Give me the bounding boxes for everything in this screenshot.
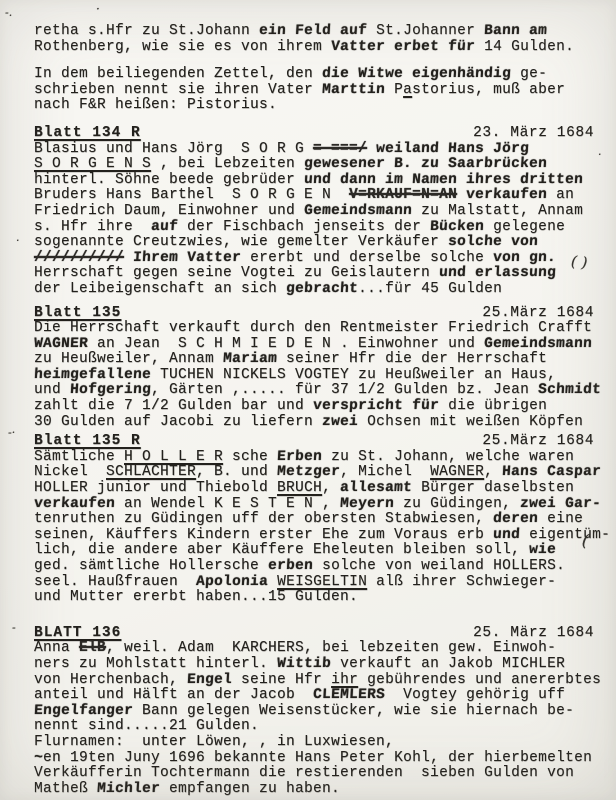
text-segment: Bürger daselbsten	[412, 480, 574, 496]
handwritten-mark: -.	[5, 6, 12, 19]
text-segment: storius, muß aber	[412, 82, 565, 98]
handwritten-mark: ·	[96, 2, 100, 16]
text-segment: an Wendel K E S T E N ,	[115, 496, 340, 512]
text-segment: nach F&R heißen: Pistorius.	[34, 97, 277, 113]
text-segment: ,	[484, 464, 502, 480]
text-segment: zwei	[322, 415, 359, 431]
handwritten-mark: -·	[8, 426, 15, 439]
text-line: lich, die andere aber Käuffere Eheleuten…	[34, 543, 600, 559]
text-segment: gelegene	[484, 219, 565, 235]
text-line: und Mutter ererbt haben...15 Gulden.	[34, 590, 600, 606]
text-segment: seel. Haußfrauen	[34, 574, 196, 590]
text-segment: ein Feld auf	[259, 24, 368, 40]
entry-title: Blatt 135	[34, 306, 121, 322]
entry-title: Blatt 135 R	[34, 434, 141, 450]
text-segment: gebracht	[286, 282, 359, 298]
text-line: WAGNER an Jean S C H M I E D E N . Einwo…	[34, 337, 600, 353]
scanned-document-page: retha s.Hfr zu St.Johann ein Feld auf St…	[0, 0, 616, 800]
text-segment: , Gärten ,..... für 37 1/2 Gulden bz. Je…	[151, 382, 538, 398]
text-segment: eigentüm-	[520, 527, 610, 543]
text-line: der Leibeigenschaft an sich gebracht...f…	[34, 282, 600, 298]
text-segment: Nickel	[34, 464, 106, 480]
text-line: Die Herrschaft verkauft durch den Rentme…	[34, 321, 600, 337]
text-segment: Meyern	[340, 497, 395, 513]
text-segment: Bann am	[484, 24, 548, 40]
text-line: nennt sind.....21 Gulden.	[34, 719, 600, 735]
text-segment: Metzger	[277, 465, 341, 481]
text-segment: Hans Caspar	[502, 465, 602, 481]
text-line: In dem beiliegenden Zettel, den die Witw…	[34, 67, 600, 83]
text-line: Herrschaft gegen seine Vogtei zu Geislau…	[34, 266, 600, 282]
text-segment: wie	[529, 543, 557, 559]
text-segment: verkaufen	[466, 188, 548, 204]
text-segment: Gemeindsmann	[484, 337, 593, 353]
text-segment: die Witwe eigenhändig	[322, 67, 512, 83]
text-segment: zwei Gar-	[520, 497, 602, 513]
text-segment: P	[385, 82, 403, 98]
text-line: anteil und Hälft an der Jacob CLEMLERS V…	[34, 688, 600, 704]
text-segment: Vogtey gehörig uff	[385, 687, 565, 703]
text-segment: zu Malstatt, Annam	[412, 203, 583, 219]
text-segment: Michler	[97, 782, 161, 798]
text-segment: deren	[493, 512, 539, 528]
text-segment: Engelfanger	[34, 704, 134, 720]
text-segment: Gemeindsmann	[304, 204, 413, 220]
text-segment: St.Johanner	[367, 23, 484, 39]
record-entry: Blatt 13525.März 1684Die Herrschaft verk…	[34, 306, 600, 431]
text-line: von Herchenbach, Engel seine Hfr ihr geb…	[34, 673, 600, 689]
text-segment: ihr	[331, 672, 358, 688]
text-segment: anteil und Hälft an der Jacob	[34, 687, 313, 703]
text-segment: In dem beiliegenden Zettel, den	[34, 66, 322, 82]
text-segment: empfangen zu haben.	[160, 781, 340, 797]
text-segment: und	[34, 382, 70, 398]
text-segment: und Mutter ererbt haben...15 Gulden.	[34, 589, 358, 605]
text-line: ged. sämtliche Hollersche erben solche v…	[34, 559, 600, 575]
text-segment: schrieben nennt sie ihren Vater	[34, 82, 322, 98]
text-line: Matheß Michler empfangen zu haben.	[34, 782, 600, 798]
text-segment: ,	[322, 480, 340, 496]
text-segment: gebührendes und anererbtes	[358, 672, 601, 688]
text-segment: erben	[268, 559, 314, 575]
text-segment: Schmidt	[538, 383, 602, 399]
text-line: Friedrich Daum, Einwohner und Gemeindsma…	[34, 204, 600, 220]
text-segment: solche von	[448, 235, 539, 251]
text-line: seel. Haußfrauen Apolonia WEISGELTIN alß…	[34, 575, 600, 591]
text-segment: , weil. Adam KARCHERS, bei lebzeiten gew…	[106, 640, 556, 656]
text-line: Blasius und Hans Jörg S O R G = ===/ wei…	[34, 142, 600, 158]
entry-date: 25.März 1684	[482, 434, 594, 450]
entry-title: Blatt 134 R	[34, 126, 141, 142]
text-segment: Bruders Hans Barthel S O R G E N	[34, 187, 349, 203]
text-line: Anna ElB, weil. Adam KARCHERS, bei lebze…	[34, 641, 600, 657]
text-line: nach F&R heißen: Pistorius.	[34, 98, 600, 114]
text-segment: verkaufen	[34, 497, 116, 513]
text-line: zahlt die 7 1/2 Gulden bar und versprich…	[34, 399, 600, 415]
text-segment: Sämtliche	[34, 449, 124, 465]
text-segment: S O R G E N S	[34, 156, 151, 172]
text-segment: Matheß	[34, 781, 97, 797]
text-segment: Herrschaft gegen seine Vogtei zu Geislau…	[34, 265, 439, 281]
text-segment: ged. sämtliche Hollersche	[34, 558, 268, 574]
text-segment: eine	[538, 511, 583, 527]
text-segment: Rothenberg, wie sie es von ihrem	[34, 39, 331, 55]
text-segment: zu St. Johann, welche waren	[322, 449, 574, 465]
text-segment: TUCHEN NICKELS VOGTEY zu Heußweiler an H…	[151, 367, 556, 383]
text-segment: verkauft an Jakob MICHLER	[331, 656, 565, 672]
text-segment: HOLLER junior und Thiebold	[34, 480, 277, 496]
text-segment: Flurnamen: unter Löwen, , in Luxwiesen,	[34, 734, 394, 750]
text-segment: Die Herrschaft verkauft durch den Rentme…	[34, 320, 592, 336]
text-line: ////////// Ihrem Vatter ererbt und derse…	[34, 251, 600, 267]
text-line: sogenannte Creutzwies, wie gemelter Verk…	[34, 235, 600, 251]
text-segment: nennt sind.....21 Gulden.	[34, 718, 259, 734]
entry-header-row: Blatt 13525.März 1684	[34, 306, 600, 322]
paragraph: In dem beiliegenden Zettel, den die Witw…	[34, 67, 600, 114]
text-segment: Ihrem Vatter	[133, 251, 242, 267]
text-segment: an Jean S C H M I E D E N . Einwohner un…	[88, 336, 484, 352]
text-segment: ElB	[79, 640, 106, 656]
text-line: Verkäufferin Tochtermann die restierende…	[34, 766, 600, 782]
text-segment: WEISGELTIN	[277, 574, 367, 590]
text-line: retha s.Hfr zu St.Johann ein Feld auf St…	[34, 24, 600, 40]
text-segment: H O L L E R	[124, 449, 223, 465]
text-line: zu Heußweiler, Annam Mariam seiner Hfr d…	[34, 352, 600, 368]
text-line: tenruthen zu Güdingen uff der obersten S…	[34, 512, 600, 528]
text-segment: SCHLACHTER	[106, 464, 196, 480]
text-segment: WAGNER	[34, 337, 89, 353]
text-segment: von gn.	[493, 251, 557, 267]
text-segment: Ochsen mit weißen Köpfen	[358, 414, 583, 430]
text-segment: 14 Gulden.	[475, 39, 574, 55]
text-segment: Wittib	[277, 657, 332, 673]
text-segment: alß ihrer Schwieger-	[367, 574, 556, 590]
text-line: Rothenberg, wie sie es von ihrem Vatter …	[34, 40, 600, 56]
text-segment: sche	[223, 449, 277, 465]
text-line: S O R G E N S , bei Lebzeiten gewesener …	[34, 157, 600, 173]
text-segment: der Fischbach jenseits der	[178, 219, 430, 235]
text-segment: Bücken	[430, 220, 485, 236]
text-line: Engelfanger Bann gelegen Weisenstücker, …	[34, 704, 600, 720]
text-segment: auf	[151, 220, 179, 236]
text-segment: en 19ten Juny 1696 bekannte Hans Peter K…	[43, 750, 592, 766]
text-line: ners zu Mohlstatt hinterl. Wittib verkau…	[34, 657, 600, 673]
text-segment: ererbt und derselbe solche	[241, 250, 493, 266]
text-segment: seinen, Käuffers Kindern erster Ehe zum …	[34, 527, 493, 543]
text-segment: hinterl. Söhne beede gebrüder	[34, 172, 304, 188]
text-segment: verspricht für	[313, 399, 440, 415]
text-line: Nickel SCHLACHTER, B. und Metzger, Miche…	[34, 465, 600, 481]
text-segment: weiland Hans Jörg	[367, 142, 530, 158]
text-segment: Mariam	[223, 352, 278, 368]
text-segment: a	[403, 82, 412, 98]
text-segment: , Michel	[340, 464, 430, 480]
text-segment: V=RKAUF=N=AN	[349, 187, 457, 203]
text-line: Flurnamen: unter Löwen, , in Luxwiesen,	[34, 735, 600, 751]
text-segment: von Herchenbach,	[34, 672, 187, 688]
text-line: und Hofgering, Gärten ,..... für 37 1/2 …	[34, 383, 600, 399]
text-line: ~en 19ten Juny 1696 bekannte Hans Peter …	[34, 751, 600, 767]
text-segment: zahlt die 7 1/2 Gulden bar und	[34, 398, 313, 414]
text-segment: der Leibeigenschaft an sich	[34, 281, 286, 297]
record-entry: BLATT 13625. März 1684Anna ElB, weil. Ad…	[34, 626, 600, 798]
text-segment: Friedrich Daum, Einwohner und	[34, 203, 304, 219]
text-segment: und	[493, 528, 521, 544]
text-segment: solche von weiland HOLLERS.	[313, 558, 565, 574]
text-line: verkaufen an Wendel K E S T E N , Meyern…	[34, 497, 600, 513]
entry-date: 25.März 1684	[482, 306, 594, 322]
text-line: HOLLER junior und Thiebold BRUCH, allesa…	[34, 481, 600, 497]
text-segment: Blasius und Hans Jörg S O R G	[34, 141, 313, 157]
text-segment: Anna	[34, 640, 79, 656]
text-segment: Apolonia	[196, 575, 269, 591]
text-segment: sogenannte Creutzwies, wie gemelter Verk…	[34, 234, 448, 250]
document-text-column: retha s.Hfr zu St.Johann ein Feld auf St…	[34, 24, 600, 797]
text-segment: CLEMLERS	[313, 688, 386, 704]
text-segment: , bei Lebzeiten	[151, 156, 304, 172]
text-segment: allesamt	[340, 481, 413, 497]
text-segment: seiner Hfr die der Herrschaft	[277, 351, 547, 367]
record-entry: Blatt 135 R25.März 1684Sämtliche H O L L…	[34, 434, 600, 606]
text-segment: seine Hfr	[232, 672, 331, 688]
text-segment: retha s.Hfr zu St.Johann	[34, 23, 259, 39]
text-segment: ...für 45 Gulden	[358, 281, 502, 297]
record-entry: Blatt 134 R23. März 1684Blasius und Hans…	[34, 126, 600, 298]
text-segment: Marttin	[322, 83, 386, 99]
text-segment: ~	[34, 751, 44, 767]
entry-header-row: Blatt 135 R25.März 1684	[34, 434, 600, 450]
text-segment: BRUCH	[277, 480, 322, 496]
entry-date: 23. März 1684	[473, 126, 594, 142]
paragraph: retha s.Hfr zu St.Johann ein Feld auf St…	[34, 24, 600, 55]
text-line: s. Hfr ihre auf der Fischbach jenseits d…	[34, 220, 600, 236]
text-segment: Hofgering	[70, 383, 152, 399]
handwritten-mark: -	[12, 621, 16, 634]
text-segment: gewesener B. zu Saarbrücken	[304, 157, 548, 173]
text-segment: WAGNER	[430, 464, 484, 480]
text-segment: ge-	[511, 66, 547, 82]
text-segment: Bann gelegen Weisenstücker, wie sie hier…	[133, 703, 574, 719]
text-line: Bruders Hans Barthel S O R G E N V=RKAUF…	[34, 188, 600, 204]
text-segment: = ===/	[313, 141, 367, 157]
text-segment	[268, 574, 277, 590]
text-segment: an	[547, 187, 574, 203]
text-segment: Verkäufferin Tochtermann die restierende…	[34, 765, 574, 781]
text-segment: lich, die andere aber Käuffere Eheleuten…	[34, 542, 529, 558]
text-segment: Engel	[187, 673, 233, 689]
text-segment: //////////	[34, 250, 124, 266]
text-segment: s. Hfr ihre	[34, 219, 151, 235]
text-segment: und dann im Namen ihres dritten	[304, 173, 584, 189]
text-line: 30 Gulden auf Jacobi zu liefern zwei Och…	[34, 415, 600, 431]
handwritten-mark: ·	[16, 234, 20, 247]
text-segment: zu Güdingen,	[394, 496, 520, 512]
text-segment: 30 Gulden auf Jacobi zu liefern	[34, 414, 322, 430]
text-line: hinterl. Söhne beede gebrüder und dann i…	[34, 173, 600, 189]
text-segment: und erlassung	[439, 266, 557, 282]
text-segment: tenruthen zu Güdingen uff der obersten S…	[34, 511, 493, 527]
text-segment: die übrigen	[439, 398, 547, 414]
text-segment: , B. und	[196, 464, 277, 480]
text-segment: zu Heußweiler, Annam	[34, 351, 223, 367]
text-segment: ners zu Mohlstatt hinterl.	[34, 656, 277, 672]
entry-header-row: Blatt 134 R23. März 1684	[34, 126, 600, 142]
text-segment: Vatter erbet für	[331, 40, 476, 56]
